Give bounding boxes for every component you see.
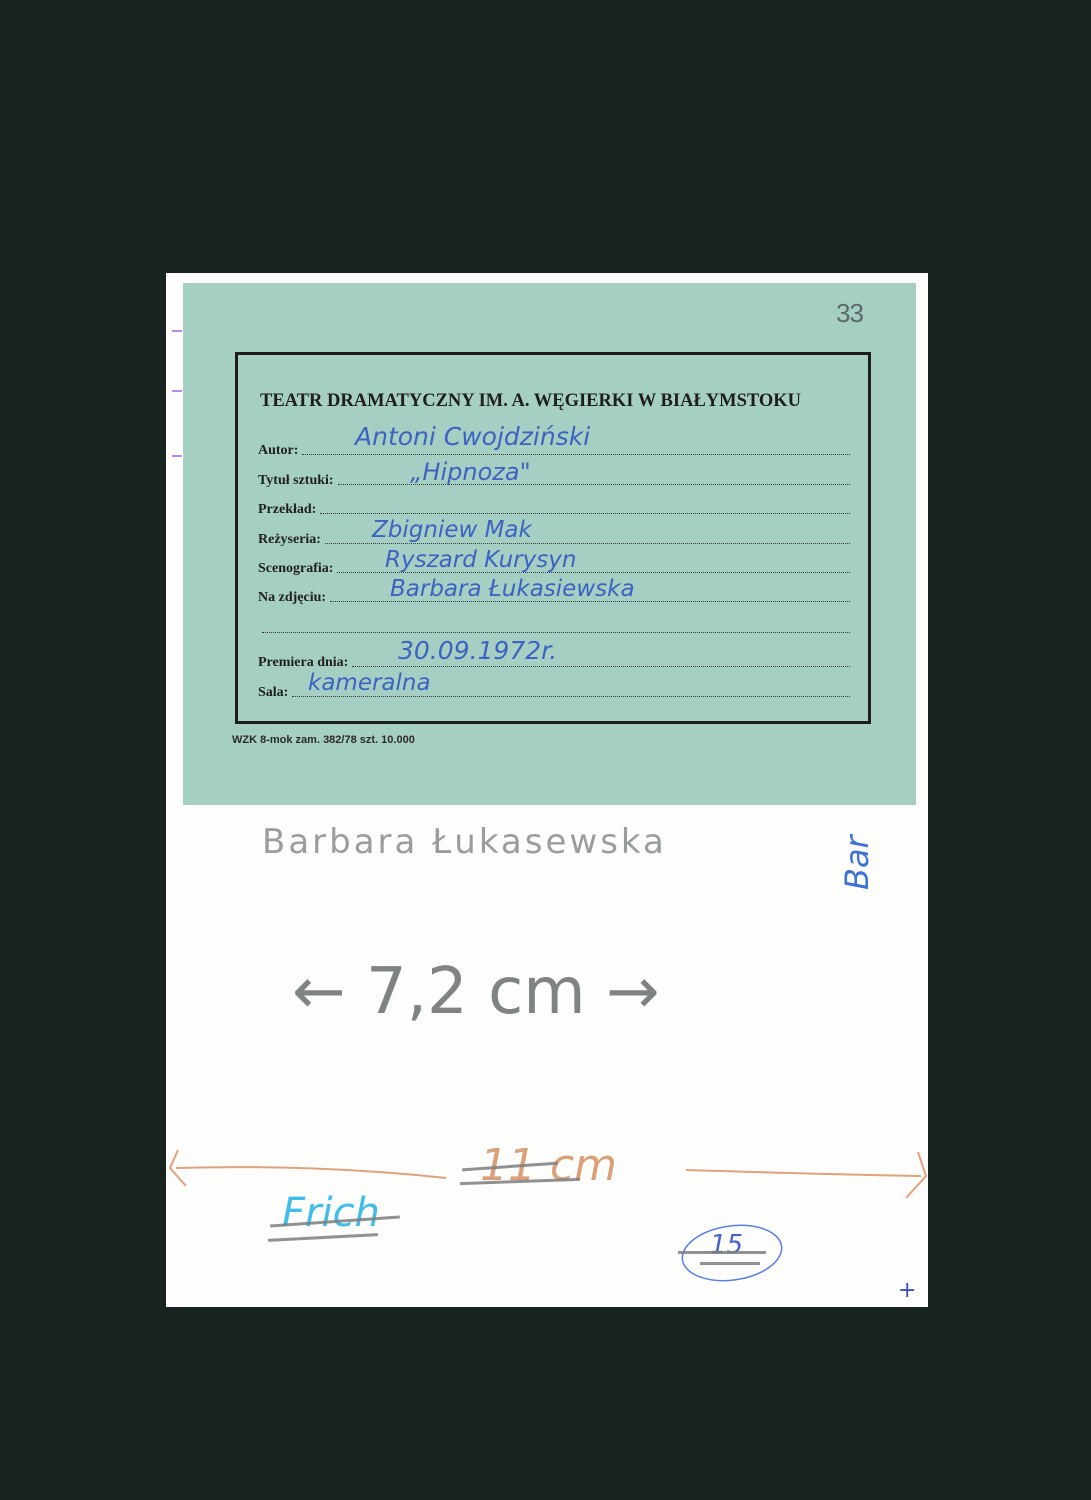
value-in-photo: Barbara Łukasiewska: [390, 576, 635, 602]
page-number: 33: [836, 298, 863, 329]
field-director: Reżyseria:: [258, 522, 850, 548]
crossed-blue-word: Frich: [282, 1190, 380, 1236]
circled-number: 15: [710, 1230, 743, 1260]
strike-line: [678, 1251, 766, 1254]
value-scenography: Ryszard Kurysyn: [385, 547, 576, 573]
pencil-name: Barbara Łukasewska: [262, 822, 667, 862]
field-blank: [258, 611, 850, 637]
value-director: Zbigniew Mak: [372, 517, 532, 543]
printer-note: WZK 8-mok zam. 382/78 szt. 10.000: [232, 734, 415, 746]
width-measure: ← 7,2 cm →: [292, 955, 660, 1029]
side-note: Bar: [838, 835, 876, 890]
field-title: Tytuł sztuki:: [258, 463, 850, 489]
value-hall: kameralna: [308, 670, 431, 696]
purple-stamp-edge: [166, 320, 184, 500]
field-translation: Przekład:: [258, 492, 850, 518]
strike-line: [700, 1262, 760, 1265]
form-box: TEATR DRAMATYCZNY IM. A. WĘGIERKI W BIAŁ…: [235, 352, 871, 724]
form-title: TEATR DRAMATYCZNY IM. A. WĘGIERKI W BIAŁ…: [260, 391, 801, 412]
value-title: „Hipnoza": [410, 458, 531, 486]
value-premiere: 30.09.1972r.: [398, 636, 557, 665]
value-author: Antoni Cwojdziński: [355, 422, 590, 451]
corner-mark: +: [898, 1278, 916, 1303]
